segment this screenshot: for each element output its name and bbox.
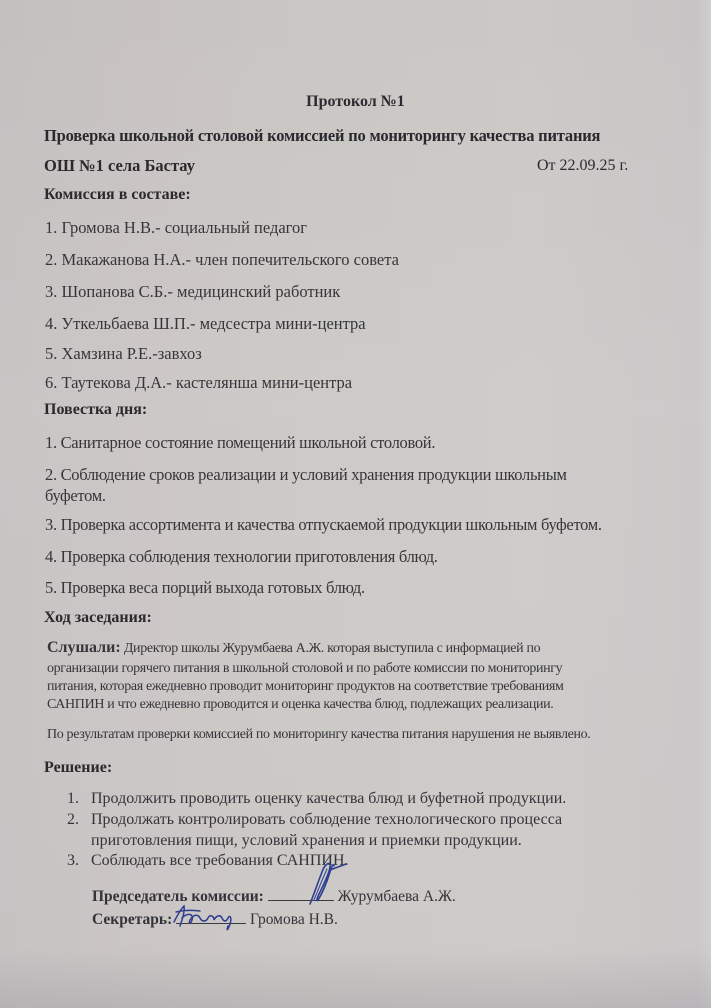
decision-number: 2. — [67, 811, 91, 829]
heard-paragraph-line: питания, которая ежедневно проводит мони… — [47, 679, 563, 695]
document-title: Протокол №1 — [0, 93, 711, 111]
secretary-label: Секретарь: — [92, 911, 172, 928]
heard-paragraph-line: организации горячего питания в школьной … — [47, 661, 562, 677]
commission-member: 6. Таутекова Д.А.- кастелянша мини-центр… — [45, 373, 352, 393]
heard-text: Директор школы Журумбаева А.Ж. которая в… — [121, 641, 541, 656]
decision-number: 3. — [67, 852, 91, 870]
decision-number: 1. — [67, 790, 91, 808]
document-date: От 22.09.25 г. — [537, 157, 628, 175]
commission-member: 1. Громова Н.В.- социальный педагог — [45, 218, 307, 238]
agenda-item-continued: буфетом. — [45, 486, 106, 506]
commission-member: 2. Макажанова Н.А.- член попечительского… — [45, 250, 399, 270]
meeting-heading: Ход заседания: — [44, 609, 152, 627]
decision-item: 1.Продолжить проводить оценку качества б… — [67, 790, 566, 808]
agenda-item: 5. Проверка веса порций выхода готовых б… — [45, 578, 365, 598]
decision-text: Продолжить проводить оценку качества блю… — [91, 790, 566, 807]
chair-signature-icon — [300, 860, 360, 906]
agenda-item: 4. Проверка соблюдения технологии пригот… — [45, 547, 438, 567]
decision-text: Продолжать контролировать соблюдение тех… — [91, 811, 562, 828]
heard-paragraph-line: Слушали: Директор школы Журумбаева А.Ж. … — [47, 639, 540, 657]
decision-heading: Решение: — [44, 759, 112, 777]
commission-member: 5. Хамзина Р.Е.-завхоз — [45, 344, 202, 364]
heard-label: Слушали: — [47, 639, 121, 656]
page-edge — [697, 0, 711, 1008]
chair-signature-line: Председатель комиссии: Журумбаева А.Ж. — [92, 886, 456, 906]
commission-member: 4. Уткельбаева Ш.П.- медсестра мини-цент… — [45, 314, 366, 334]
commission-heading: Комиссия в составе: — [44, 186, 191, 204]
result-statement: По результатам проверки комиссией по мон… — [47, 727, 590, 743]
decision-item-continued: приготовления пищи, условий хранения и п… — [67, 832, 522, 850]
page-shadow — [0, 948, 711, 1008]
agenda-item: 3. Проверка ассортимента и качества отпу… — [45, 515, 602, 535]
secretary-signature-icon — [170, 902, 250, 934]
agenda-heading: Повестка дня: — [44, 401, 147, 419]
decision-text: приготовления пищи, условий хранения и п… — [91, 832, 522, 849]
heard-paragraph-line: САНПИН и что ежедневно проводится и оцен… — [47, 697, 553, 713]
commission-member: 3. Шопанова С.Б.- медицинский работник — [45, 282, 340, 302]
document-subtitle: Проверка школьной столовой комиссией по … — [44, 126, 600, 146]
agenda-item: 2. Соблюдение сроков реализации и услови… — [45, 465, 567, 485]
school-name: ОШ №1 села Бастау — [44, 156, 195, 176]
decision-item: 2.Продолжать контролировать соблюдение т… — [67, 811, 562, 829]
agenda-item: 1. Санитарное состояние помещений школьн… — [45, 433, 435, 453]
secretary-name: Громова Н.В. — [250, 911, 338, 928]
